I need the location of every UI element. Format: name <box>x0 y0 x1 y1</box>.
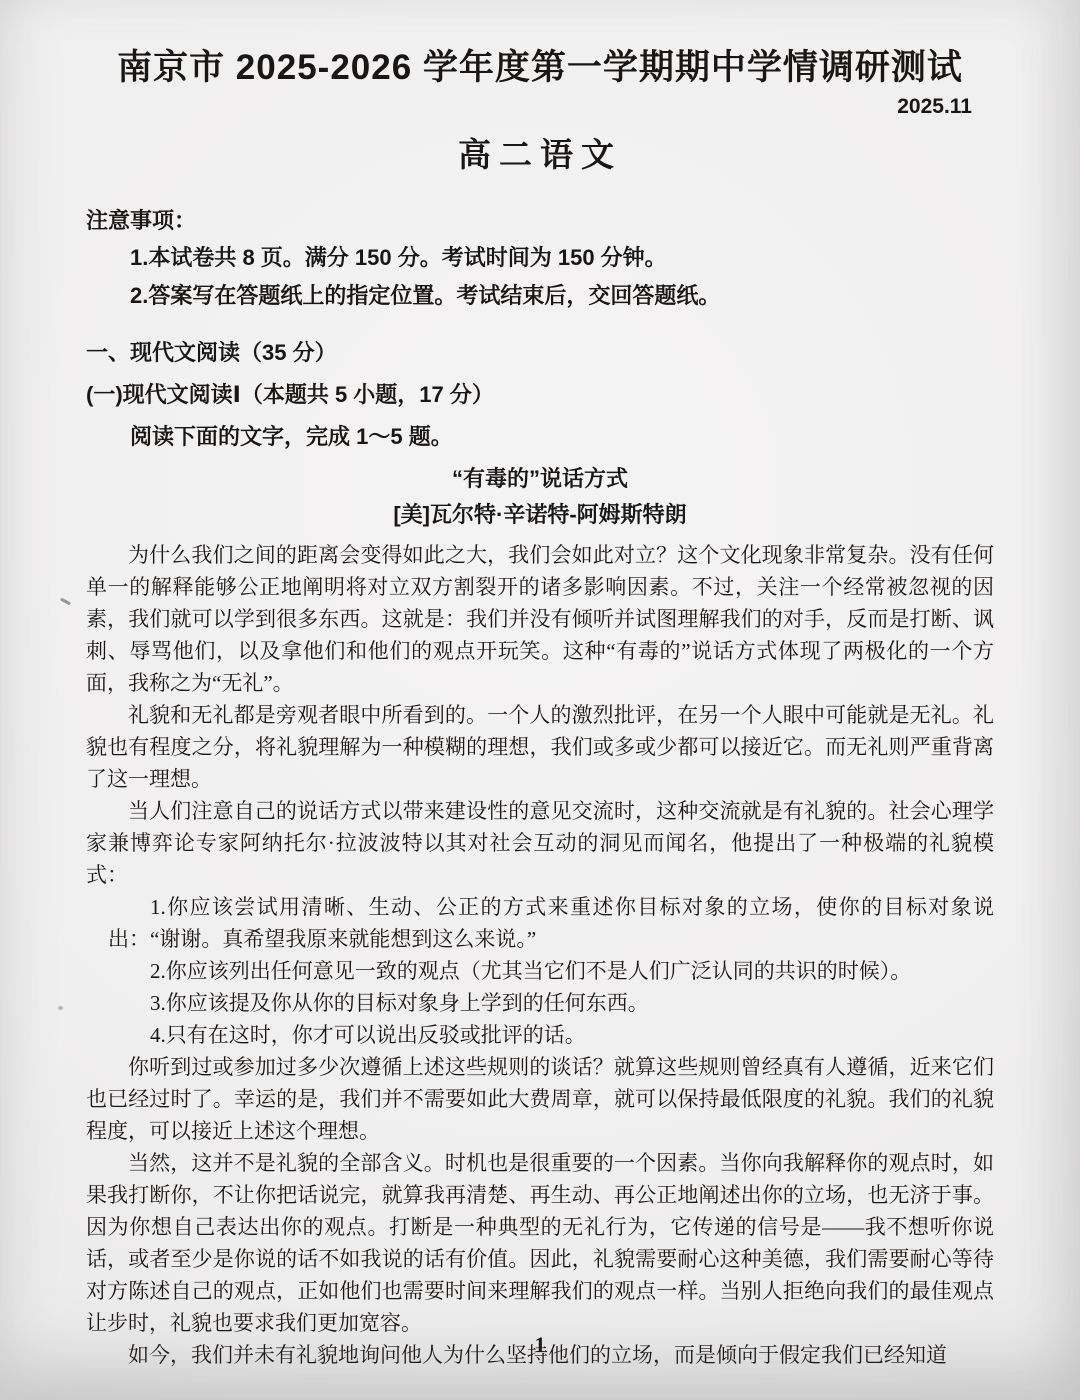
article-rule-item: 2.你应该列出任何意见一致的观点（尤其当它们不是人们广泛认同的共识的时候）。 <box>108 955 994 987</box>
article-author: [美]瓦尔特·辛诺特-阿姆斯特朗 <box>86 500 994 531</box>
exam-paper-page: 南京市 2025-2026 学年度第一学期期中学情调研测试 2025.11 高二… <box>0 0 1080 1400</box>
subsection-heading-reading-1: (一)现代文阅读Ⅰ（本题共 5 小题，17 分） <box>86 378 994 411</box>
article-paragraph: 当人们注意自己的说话方式以带来建设性的意见交流时，这种交流就是有礼貌的。社会心理… <box>86 795 994 891</box>
exam-date: 2025.11 <box>86 94 972 119</box>
exam-title: 南京市 2025-2026 学年度第一学期期中学情调研测试 <box>86 46 994 90</box>
article-paragraph: 礼貌和无礼都是旁观者眼中所看到的。一个人的激烈批评，在另一个人眼中可能就是无礼。… <box>86 699 994 795</box>
page-content: 南京市 2025-2026 学年度第一学期期中学情调研测试 2025.11 高二… <box>0 0 1080 1371</box>
section-heading-modern-reading: 一、现代文阅读（35 分） <box>86 336 994 369</box>
article-title: “有毒的”说话方式 <box>86 464 994 495</box>
reading-instruction: 阅读下面的文字，完成 1～5 题。 <box>130 420 994 453</box>
article-paragraph: 你听到过或参加过多少次遵循上述这些规则的谈话？就算这些规则曾经真有人遵循，近来它… <box>86 1051 994 1147</box>
article-rule-item: 1.你应该尝试用清晰、生动、公正的方式来重述你目标对象的立场，使你的目标对象说出… <box>108 891 994 955</box>
article-rule-item: 3.你应该提及你从你的目标对象身上学到的任何东西。 <box>108 987 994 1019</box>
notice-item: 1.本试卷共 8 页。满分 150 分。考试时间为 150 分钟。 <box>130 241 994 274</box>
article-rule-item: 4.只有在这时，你才可以说出反驳或批评的话。 <box>108 1019 994 1051</box>
article-paragraph: 当然，这并不是礼貌的全部含义。时机也是很重要的一个因素。当你向我解释你的观点时，… <box>86 1147 994 1339</box>
notice-item: 2.答案写在答题纸上的指定位置。考试结束后，交回答题纸。 <box>130 279 994 312</box>
notice-heading: 注意事项： <box>86 205 994 237</box>
scan-artifact <box>58 1006 63 1010</box>
subject-title: 高二语文 <box>86 135 994 175</box>
page-number: 1 <box>0 1332 1080 1358</box>
article-paragraph: 为什么我们之间的距离会变得如此之大，我们会如此对立？这个文化现象非常复杂。没有任… <box>86 539 994 699</box>
